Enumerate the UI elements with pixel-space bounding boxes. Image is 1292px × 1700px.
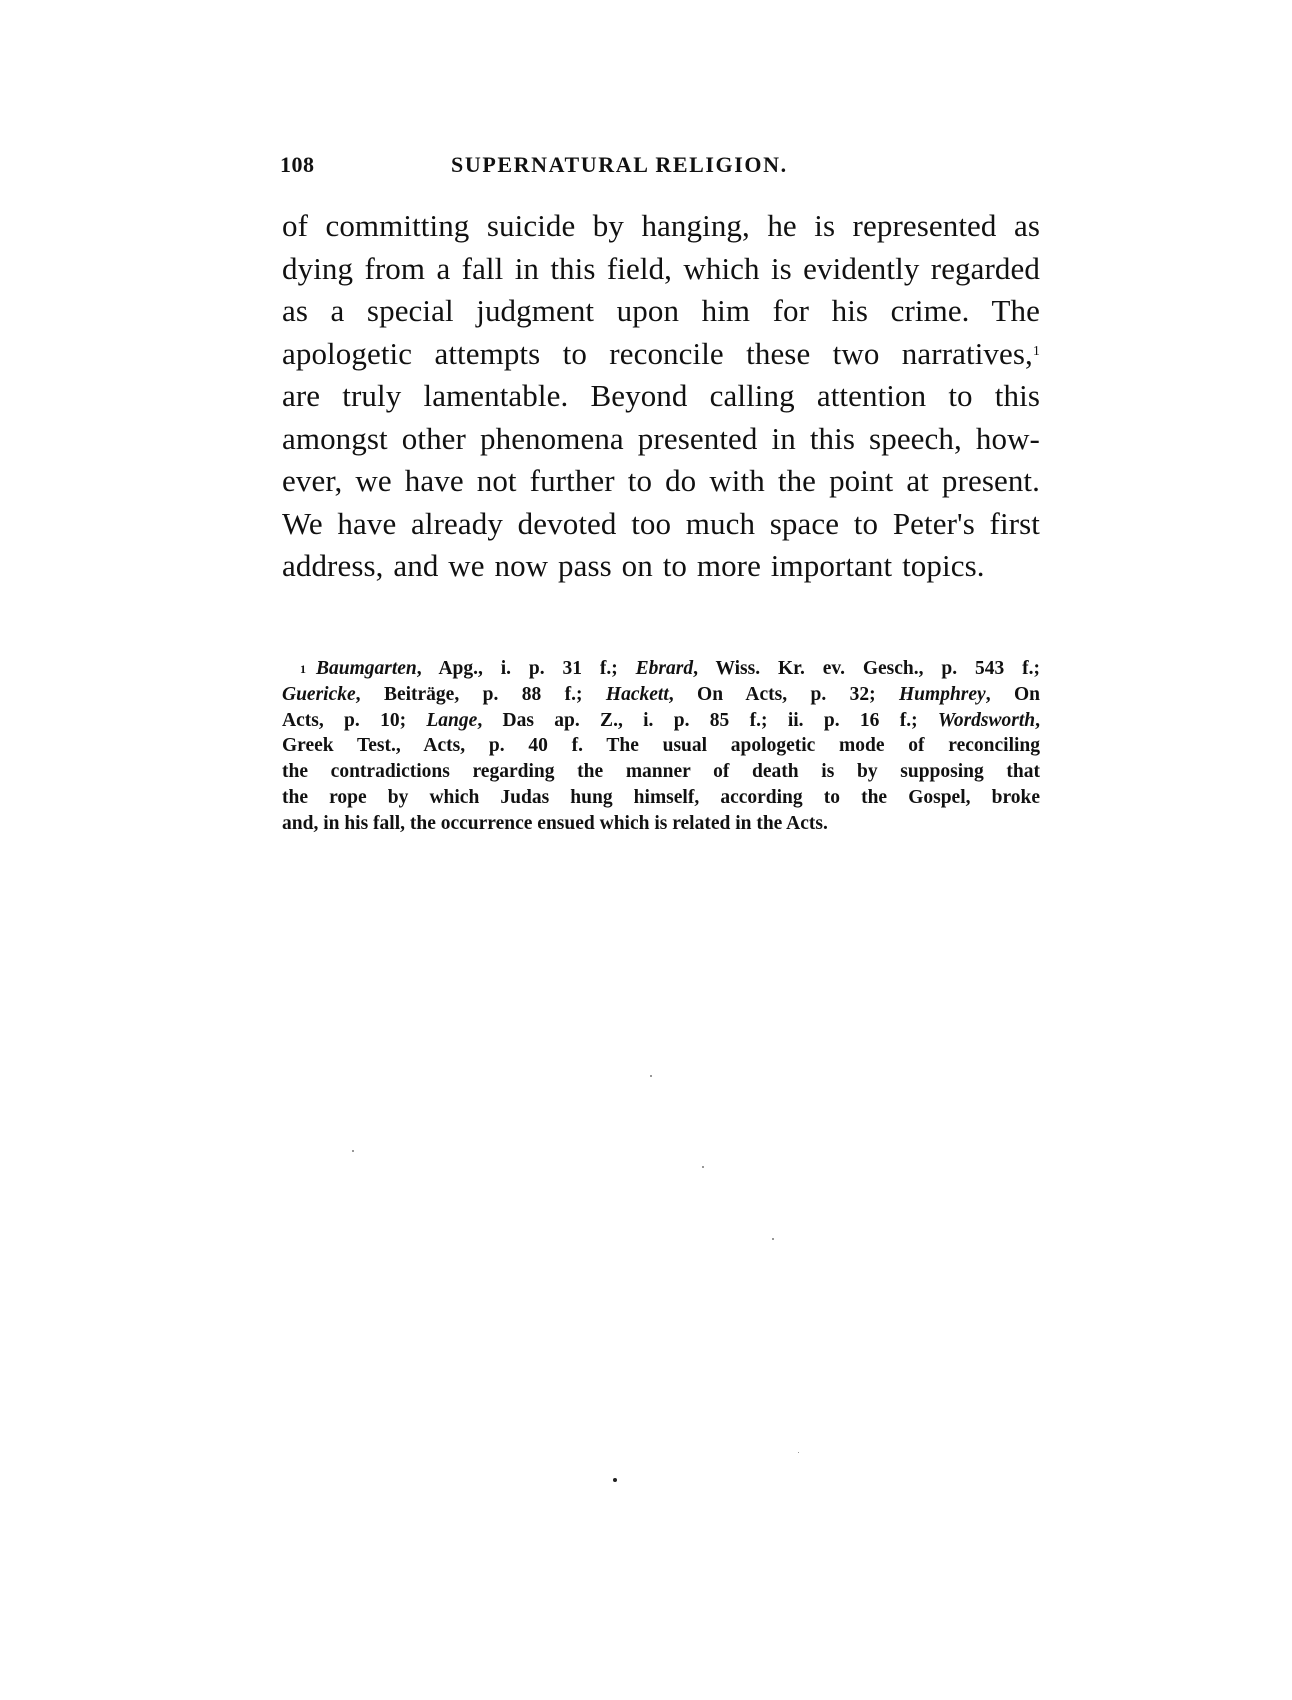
author-lange: Lange (426, 710, 477, 731)
body-line-1: of committing suicide by hanging, he is … (282, 205, 1040, 248)
footnote-line-3: Acts, p. 10; Lange, Das ap. Z., i. p. 85… (282, 708, 1040, 734)
body-paragraph: of committing suicide by hanging, he is … (282, 205, 1040, 588)
footnote-line-5: the contradictions regarding the manner … (282, 759, 1040, 785)
body-line-2: dying from a fall in this field, which i… (282, 248, 1040, 291)
citation-text: , Apg., i. p. 31 f.; (417, 658, 636, 679)
citation-text: , Beiträge, p. 88 f.; (356, 684, 606, 705)
body-line-8: We have already devoted too much space t… (282, 503, 1040, 546)
body-line-4: apologetic attempts to reconcile these t… (282, 333, 1040, 376)
footnote-line-4: Greek Test., Acts, p. 40 f. The usual ap… (282, 733, 1040, 759)
body-line-6: amongst other phenomena presented in thi… (282, 418, 1040, 461)
author-wordsworth: Wordsworth (938, 710, 1035, 731)
scan-speck (772, 1238, 774, 1240)
citation-text: , On Acts, p. 32; (669, 684, 899, 705)
footnote: 1Baumgarten, Apg., i. p. 31 f.; Ebrard, … (282, 656, 1040, 837)
book-page: 108 SUPERNATURAL RELIGION. of committing… (0, 0, 1292, 1700)
body-line-3: as a special judgment upon him for his c… (282, 290, 1040, 333)
citation-text: Acts, p. 10; (282, 710, 426, 731)
scan-speck (798, 1452, 799, 1453)
author-guericke: Guericke (282, 684, 356, 705)
footnote-line-2: Guericke, Beiträge, p. 88 f.; Hackett, O… (282, 682, 1040, 708)
citation-text: , Wiss. Kr. ev. Gesch., p. 543 f.; (693, 658, 1040, 679)
footnote-marker: 1 (300, 662, 306, 676)
scan-speck (702, 1166, 704, 1168)
author-hackett: Hackett (606, 684, 669, 705)
footnote-line-7: and, in his fall, the occurrence ensued … (282, 811, 1040, 837)
author-baumgarten: Baumgarten (316, 658, 417, 679)
scan-speck (613, 1478, 617, 1482)
citation-text: , (1035, 710, 1040, 731)
author-ebrard: Ebrard (636, 658, 693, 679)
footnote-line-6: the rope by which Judas hung himself, ac… (282, 785, 1040, 811)
body-line-9: address, and we now pass on to more impo… (282, 545, 1040, 588)
scan-speck (650, 1075, 652, 1077)
scan-speck (352, 1150, 354, 1152)
author-humphrey: Humphrey (899, 684, 986, 705)
footnote-reference[interactable]: 1 (1033, 344, 1040, 359)
running-head: 108 SUPERNATURAL RELIGION. (280, 152, 1042, 182)
body-line-5: are truly lamentable. Beyond calling att… (282, 375, 1040, 418)
running-title: SUPERNATURAL RELIGION. (451, 152, 788, 178)
footnote-line-1: 1Baumgarten, Apg., i. p. 31 f.; Ebrard, … (282, 656, 1040, 682)
body-line-4-text: apologetic attempts to reconcile these t… (282, 336, 1033, 371)
body-line-7: ever, we have not further to do with the… (282, 460, 1040, 503)
citation-text: , Das ap. Z., i. p. 85 f.; ii. p. 16 f.; (477, 710, 938, 731)
page-number: 108 (280, 152, 315, 178)
citation-text: , On (986, 684, 1040, 705)
